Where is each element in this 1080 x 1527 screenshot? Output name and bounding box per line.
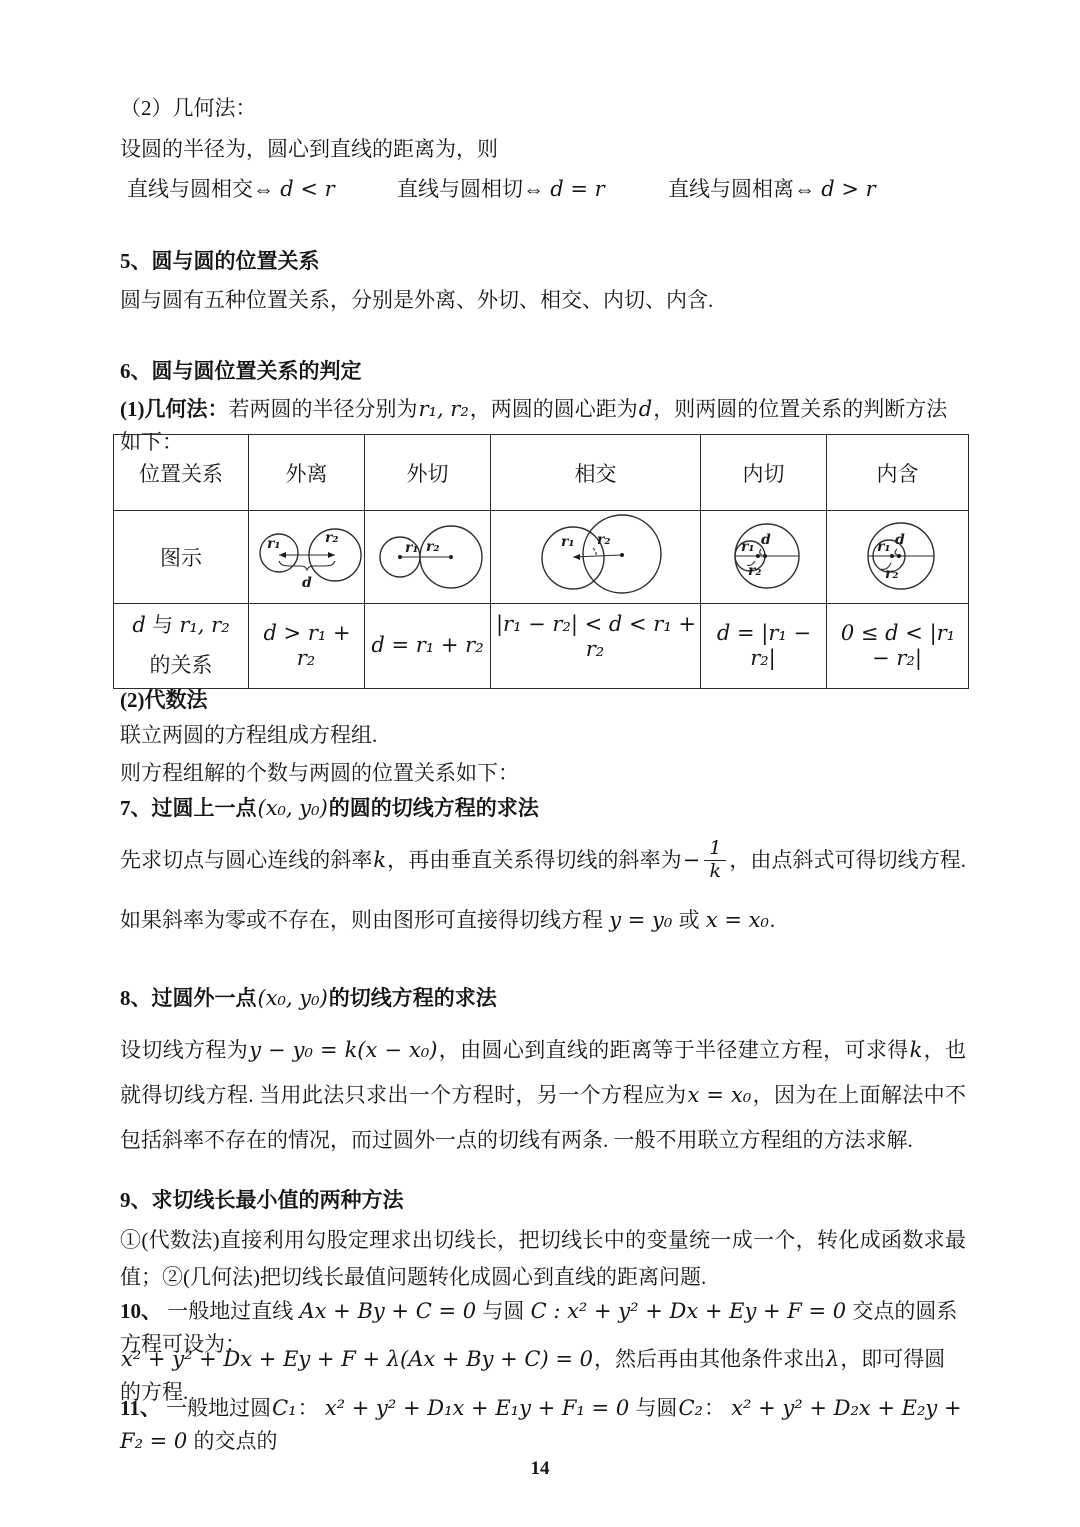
section7-para: 先求切点与圆心连线的斜率k，再由垂直关系得切线的斜率为−1k，由点斜式可得切线方… bbox=[120, 830, 966, 950]
algebra-method-line1: 联立两圆的方程组成方程组. bbox=[120, 719, 966, 752]
document-page: （2）几何法： 设圆的半径为，圆心到直线的距离为，则 直线与圆相交⇔ d < r… bbox=[0, 0, 1080, 1527]
section6-title: 6、圆与圆位置关系的判定 bbox=[120, 355, 966, 388]
svg-text:r₁: r₁ bbox=[561, 534, 575, 550]
section9-title: 9、求切线长最小值的两种方法 bbox=[120, 1184, 966, 1217]
formula-ext-tangent: d = r₁ + r₂ bbox=[365, 604, 491, 689]
svg-text:r₂: r₂ bbox=[597, 532, 611, 548]
svg-text:d: d bbox=[895, 532, 905, 548]
header-position: 位置关系 bbox=[114, 435, 249, 511]
algebra-method-line2: 则方程组解的个数与两圆的位置关系如下： bbox=[120, 757, 966, 790]
svg-text:r₁: r₁ bbox=[405, 540, 419, 556]
contained-circles-icon: r₁ d r₂ bbox=[829, 513, 967, 595]
table-header-row: 位置关系 外离 外切 相交 内切 内含 bbox=[114, 435, 969, 511]
intersecting-circles-icon: r₁ r₂ bbox=[493, 513, 699, 595]
svg-text:r₁: r₁ bbox=[741, 539, 755, 555]
relation-tangent: 直线与圆相切⇔ d = r bbox=[397, 173, 606, 206]
externally-tangent-circles-icon: r₁ r₂ bbox=[367, 513, 489, 595]
section5-title: 5、圆与圆的位置关系 bbox=[120, 245, 966, 278]
page-number: 14 bbox=[0, 1458, 1080, 1480]
header-int-tangent: 内切 bbox=[701, 435, 827, 511]
section5-body: 圆与圆有五种位置关系，分别是外离、外切、相交、内切、内含. bbox=[120, 284, 966, 317]
section9-para: ①(代数法)直接利用勾股定理求出切线长，把切线长中的变量统一成一个，转化成函数求… bbox=[120, 1222, 966, 1296]
separate-circles-icon: r₁ r₂ d bbox=[251, 513, 363, 595]
relation-separate: 直线与圆相离⇔ d > r bbox=[668, 173, 877, 206]
geo2-relations: 直线与圆相交⇔ d < r 直线与圆相切⇔ d = r 直线与圆相离⇔ d > … bbox=[120, 173, 966, 207]
formula-int-tangent: d = |r₁ − r₂| bbox=[701, 604, 827, 689]
table-formula-row: d 与 r₁, r₂ 的关系 d > r₁ + r₂ d = r₁ + r₂ |… bbox=[114, 604, 969, 689]
header-separate: 外离 bbox=[249, 435, 365, 511]
relation-intersect: 直线与圆相交⇔ d < r bbox=[127, 173, 336, 206]
circle-position-table: 位置关系 外离 外切 相交 内切 内含 图示 r₁ r₂ d bbox=[113, 434, 969, 689]
svg-text:r₂: r₂ bbox=[325, 530, 339, 546]
svg-text:r₁: r₁ bbox=[877, 539, 891, 555]
svg-text:r₂: r₂ bbox=[426, 539, 440, 555]
internally-tangent-circles-icon: r₁ d r₂ bbox=[703, 513, 825, 595]
formula-separate: d > r₁ + r₂ bbox=[249, 604, 365, 689]
svg-text:d: d bbox=[302, 575, 312, 591]
header-contained: 内含 bbox=[827, 435, 969, 511]
algebra-method-title: (2)代数法 bbox=[120, 684, 966, 717]
section11-line: 11、 一般地过圆C₁： x² + y² + D₁x + E₁y + F₁ = … bbox=[120, 1392, 966, 1457]
geo2-title: （2）几何法： bbox=[120, 92, 966, 125]
header-intersect: 相交 bbox=[491, 435, 701, 511]
section8-para: 设切线方程为y − y₀ = k(x − x₀)，由圆心到直线的距离等于半径建立… bbox=[120, 1028, 966, 1163]
section7-title: 7、过圆上一点(x₀, y₀)的圆的切线方程的求法 bbox=[120, 792, 966, 825]
svg-text:d: d bbox=[761, 532, 771, 548]
geo2-line1: 设圆的半径为，圆心到直线的距离为，则 bbox=[120, 133, 966, 166]
header-ext-tangent: 外切 bbox=[365, 435, 491, 511]
formula-row-label: d 与 r₁, r₂ 的关系 bbox=[116, 606, 246, 686]
diagram-row-label: 图示 bbox=[114, 511, 249, 604]
formula-intersect: |r₁ − r₂| < d < r₁ + r₂ bbox=[491, 604, 701, 689]
svg-text:r₁: r₁ bbox=[267, 536, 281, 552]
section8-title: 8、过圆外一点(x₀, y₀)的切线方程的求法 bbox=[120, 982, 966, 1015]
table-diagram-row: 图示 r₁ r₂ d bbox=[114, 511, 969, 604]
formula-contained: 0 ≤ d < |r₁ − r₂| bbox=[827, 604, 969, 689]
